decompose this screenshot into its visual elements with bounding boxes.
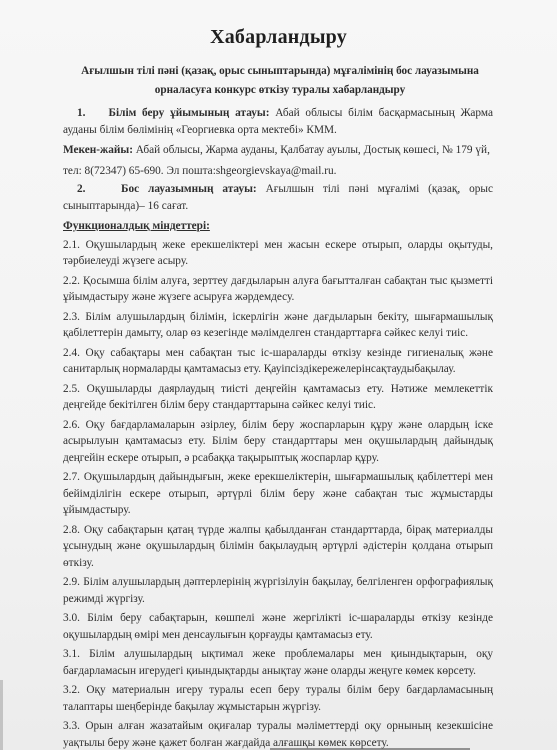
paper-edge-left xyxy=(0,680,3,750)
contact-line: тел: 8(72347) 65-690. Эл пошта:shgeorgie… xyxy=(63,163,493,180)
duties-heading: Функционалдық міндеттері: xyxy=(63,220,210,232)
duty-item: 2.3. Білім алушылардың білімін, іскерліг… xyxy=(63,309,493,342)
duties-heading-row: Функционалдық міндеттері: xyxy=(63,218,493,235)
contact-text: тел: 8(72347) 65-690. Эл пошта:shgeorgie… xyxy=(63,165,336,177)
duty-item: 3.0. Білім беру сабақтарын, көшпелі және… xyxy=(63,610,493,643)
document-page: Хабарландыру Ағылшын тілі пәні (қазақ, о… xyxy=(0,0,557,750)
duty-item: 3.1. Білім алушылардың ықтимал жеке проб… xyxy=(63,646,493,679)
duty-item: 3.2. Оқу материалын игеру туралы есеп бе… xyxy=(63,682,493,715)
duty-item: 2.6. Оқу бағдарламаларын әзірлеу, білім … xyxy=(63,417,493,467)
document-subtitle: Ағылшын тілі пәні (қазақ, орыс сыныптары… xyxy=(80,62,480,100)
duty-item: 2.7. Оқушылардың дайындығын, жеке ерекше… xyxy=(63,469,493,519)
section-1-number: 1. xyxy=(77,107,85,119)
duty-item: 2.2. Қосымша білім алуға, зерттеу дағдыл… xyxy=(63,273,493,306)
address-label: Мекен-жайы: xyxy=(63,144,133,156)
duty-item: 3.3. Орын алған жазатайым оқиғалар турал… xyxy=(63,718,493,750)
duty-item: 2.4. Оқу сабақтары мен сабақтан тыс іс-ш… xyxy=(63,345,493,378)
duty-item: 2.9. Білім алушылардың дәптерлерінің жүр… xyxy=(63,574,493,607)
address-text: Абай облысы, Жарма ауданы, Қалбатау ауыл… xyxy=(133,144,490,156)
subtitle-line-1: Ағылшын тілі пәні (қазақ, орыс сыныптары… xyxy=(80,62,480,81)
address-block: Мекен-жайы: Абай облысы, Жарма ауданы, Қ… xyxy=(63,142,493,159)
section-2-label: Бос лауазымның атауы: xyxy=(121,183,257,195)
section-vacancy: 2. Бос лауазымның атауы: Ағылшын тілі пә… xyxy=(63,181,493,214)
duty-item: 2.1. Оқушылардың жеке ерекшеліктері мен … xyxy=(63,237,493,270)
duties-list: 2.1. Оқушылардың жеке ерекшеліктері мен … xyxy=(63,237,493,750)
duty-item: 2.5. Оқушыларды даярлаудың тиісті деңгей… xyxy=(63,381,493,414)
document-title: Хабарландыру xyxy=(0,26,557,49)
section-2-number: 2. xyxy=(77,183,85,195)
section-1-label: Білім беру ұйымының атауы: xyxy=(109,107,270,119)
duty-item: 2.8. Оқу сабақтарын қатаң түрде жалпы қа… xyxy=(63,522,493,572)
document-body: 1. Білім беру ұйымының атауы: Абай облыс… xyxy=(63,105,493,750)
section-organization: 1. Білім беру ұйымының атауы: Абай облыс… xyxy=(63,105,493,138)
subtitle-line-2: орналасуға конкурс өткізу туралы хабарла… xyxy=(80,81,480,100)
